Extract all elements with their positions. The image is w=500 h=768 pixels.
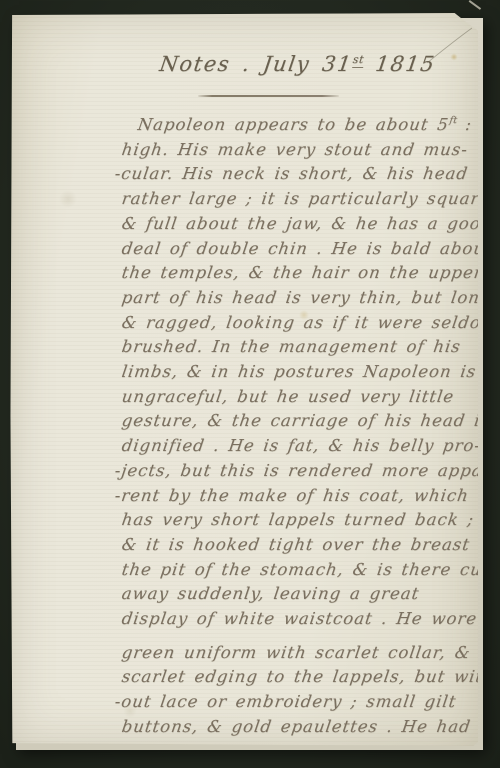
manuscript-line: -rent by the make of his coat, which [113,484,500,509]
document-title: Notes . July 31st 1815 [158,52,437,76]
corner-fiber-mark [469,0,481,10]
manuscript-line: & it is hooked tight over the breast to [120,533,500,558]
manuscript-line: -cular. His neck is short, & his head [113,162,500,187]
manuscript-line: away suddenly, leaving a great [120,582,500,607]
manuscript-line: deal of double chin . He is bald about [120,237,500,262]
scan-background: Notes . July 31st 1815 Napoleon appears … [0,0,500,768]
manuscript-line: green uniform with scarlet collar, & [120,641,500,666]
manuscript-line: & ragged, looking as if it were seldom [120,311,500,336]
manuscript-line: high. His make very stout and mus- [120,138,500,163]
manuscript-line: part of his head is very thin, but long [120,286,500,311]
manuscript-line: brushed. In the management of his [120,335,500,360]
line-text: Napoleon appears to be about 5 [137,115,451,134]
manuscript-line: -out lace or embroidery ; small gilt [113,690,500,715]
inches-superscript: ins [492,115,500,126]
manuscript-line: scarlet edging to the lappels, but with- [120,665,500,690]
manuscript-line: Napoleon appears to be about 5ft : 6ins [120,109,500,138]
title-underline [198,95,339,97]
manuscript-line: rather large ; it is particularly square [120,187,500,212]
manuscript-line: the pit of the stomach, & is there cut [120,558,500,583]
manuscript-line: & full about the jaw, & he has a good [120,212,500,237]
manuscript-line: ungraceful, but he used very little [120,385,500,410]
title-year: 1815 [362,52,437,76]
manuscript-body: Napoleon appears to be about 5ft : 6ins … [120,109,500,740]
manuscript-line: dignified . He is fat, & his belly pro- [120,434,500,459]
manuscript-line: has very short lappels turned back ; [120,508,500,533]
title-text: Notes . July 31 [158,52,354,76]
manuscript-line: the temples, & the hair on the upper [120,261,500,286]
manuscript-line: -jects, but this is rendered more appa- [113,459,500,484]
manuscript-line: limbs, & in his postures Napoleon is [120,360,500,385]
manuscript-page: Notes . July 31st 1815 Napoleon appears … [10,13,478,746]
manuscript-line: buttons, & gold epaulettes . He had a [120,715,500,740]
line-text: : 6 [455,115,493,134]
manuscript-line: display of white waistcoat . He wore a [120,607,500,632]
manuscript-line: gesture, & the carriage of his head is [120,409,500,434]
